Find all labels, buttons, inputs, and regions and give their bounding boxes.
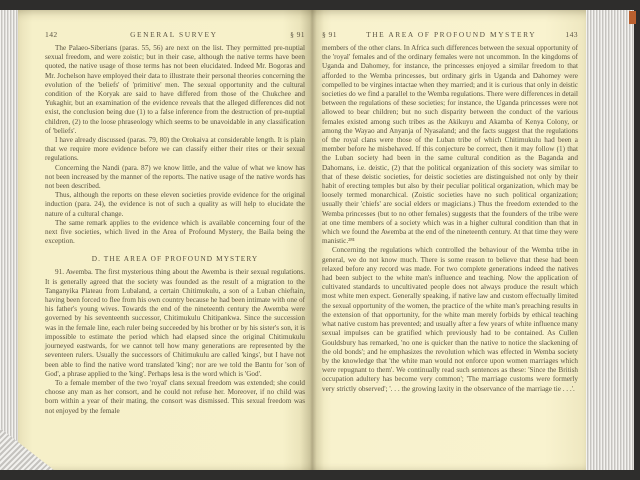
running-title-left: GENERAL SURVEY <box>130 30 217 39</box>
left-page: 142 GENERAL SURVEY § 91 The Palaeo-Siber… <box>18 10 312 470</box>
page-edges-right <box>586 10 634 470</box>
right-page: § 91 THE AREA OF PROFOUND MYSTERY 143 me… <box>312 10 586 470</box>
paragraph: I have already discussed (paras. 79, 80)… <box>45 136 305 164</box>
paragraph: members of the other clans. In Africa su… <box>322 44 578 246</box>
paragraph: The same remark applies to the evidence … <box>45 219 305 247</box>
running-title-right: THE AREA OF PROFOUND MYSTERY <box>366 30 536 39</box>
page-edge-accent <box>629 11 636 24</box>
book-scan: 142 GENERAL SURVEY § 91 The Palaeo-Siber… <box>0 10 634 470</box>
section-heading: D. THE AREA OF PROFOUND MYSTERY <box>45 254 305 263</box>
paragraph: Concerning the Nandi (para. 87) we know … <box>45 164 305 192</box>
section-ref-right: § 91 <box>322 30 337 39</box>
left-page-header: 142 GENERAL SURVEY § 91 <box>45 30 305 39</box>
paragraph: Thus, although the reports on these elev… <box>45 191 305 219</box>
screenshot-root: 142 GENERAL SURVEY § 91 The Palaeo-Siber… <box>0 0 640 480</box>
section-ref-left: § 91 <box>290 30 305 39</box>
right-page-header: § 91 THE AREA OF PROFOUND MYSTERY 143 <box>322 30 578 39</box>
paragraph: The Palaeo-Siberians (paras. 55, 56) are… <box>45 44 305 136</box>
paragraph: 91. Awemba. The first mysterious thing a… <box>45 268 305 378</box>
paragraph: To a female member of the two 'royal' cl… <box>45 379 305 416</box>
page-edges-left <box>0 10 18 470</box>
paragraph: Concerning the regulations which control… <box>322 246 578 393</box>
page-number-left: 142 <box>45 30 58 39</box>
page-number-right: 143 <box>565 30 578 39</box>
